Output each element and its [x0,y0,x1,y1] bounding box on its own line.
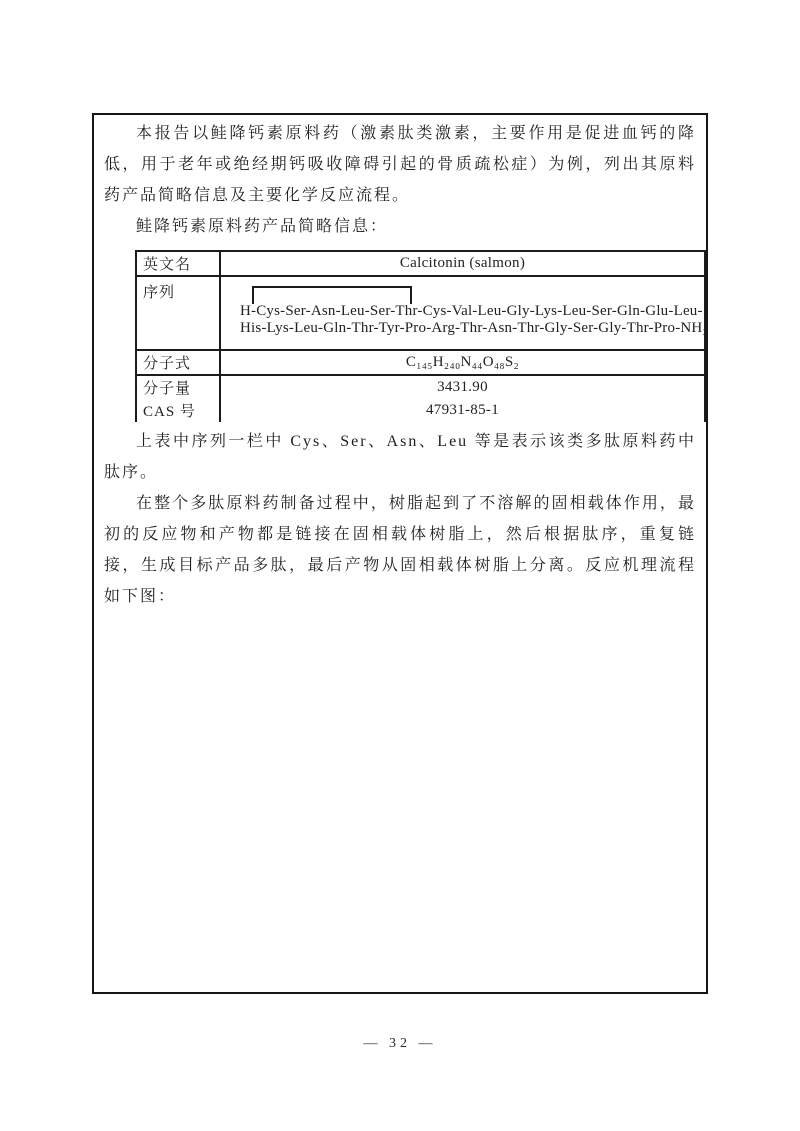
sequence-line-2: His-Lys-Leu-Gln-Thr-Tyr-Pro-Arg-Thr-Asn-… [240,320,698,337]
process-paragraph: 在整个多肽原料药制备过程中，树脂起到了不溶解的固相载体作用，最初的反应物和产物都… [104,488,696,612]
content-frame: 本报告以鲑降钙素原料药（激素肽类激素，主要作用是促进血钙的降低，用于老年或绝经期… [92,113,708,994]
table-row-cas-number: CAS 号 47931-85-1 [136,399,705,422]
calcitonin-info-table: 英文名 Calcitonin (salmon) 序列 H-Cys-Ser-Asn… [135,250,706,422]
document-page: { "colors": { "ink": "#1b1b1b", "backgro… [0,0,800,1131]
intro-paragraph: 本报告以鲑降钙素原料药（激素肽类激素，主要作用是促进血钙的降低，用于老年或绝经期… [104,118,696,211]
table-row-molecular-formula: 分子式 C₁₄₅H₂₄₀N₄₄O₄₈S₂ [136,350,705,375]
row-value-english-name: Calcitonin (salmon) [220,251,705,276]
table-row-english-name: 英文名 Calcitonin (salmon) [136,251,705,276]
table-caption: 鲑降钙素原料药产品简略信息： [104,211,696,242]
row-label-molecular-formula: 分子式 [136,350,220,375]
sequence-note-paragraph: 上表中序列一栏中 Cys、Ser、Asn、Leu 等是表示该类多肽原料药中肽序。 [104,426,696,488]
sequence-cell: H-Cys-Ser-Asn-Leu-Ser-Thr-Cys-Val-Leu-Gl… [220,276,705,350]
table-row-molecular-weight: 分子量 3431.90 [136,375,705,399]
row-value-cas-number: 47931-85-1 [220,399,705,422]
row-label-english-name: 英文名 [136,251,220,276]
row-value-molecular-weight: 3431.90 [220,375,705,399]
page-number: — 32 — [0,1036,800,1052]
table-row-sequence: 序列 H-Cys-Ser-Asn-Leu-Ser-Thr-Cys-Val-Leu… [136,276,705,350]
row-label-cas-number: CAS 号 [136,399,220,422]
sequence-line-1: H-Cys-Ser-Asn-Leu-Ser-Thr-Cys-Val-Leu-Gl… [240,303,698,320]
row-value-molecular-formula: C₁₄₅H₂₄₀N₄₄O₄₈S₂ [220,350,705,375]
row-label-molecular-weight: 分子量 [136,375,220,399]
row-label-sequence: 序列 [136,276,220,350]
disulfide-bond-bracket [252,286,412,304]
